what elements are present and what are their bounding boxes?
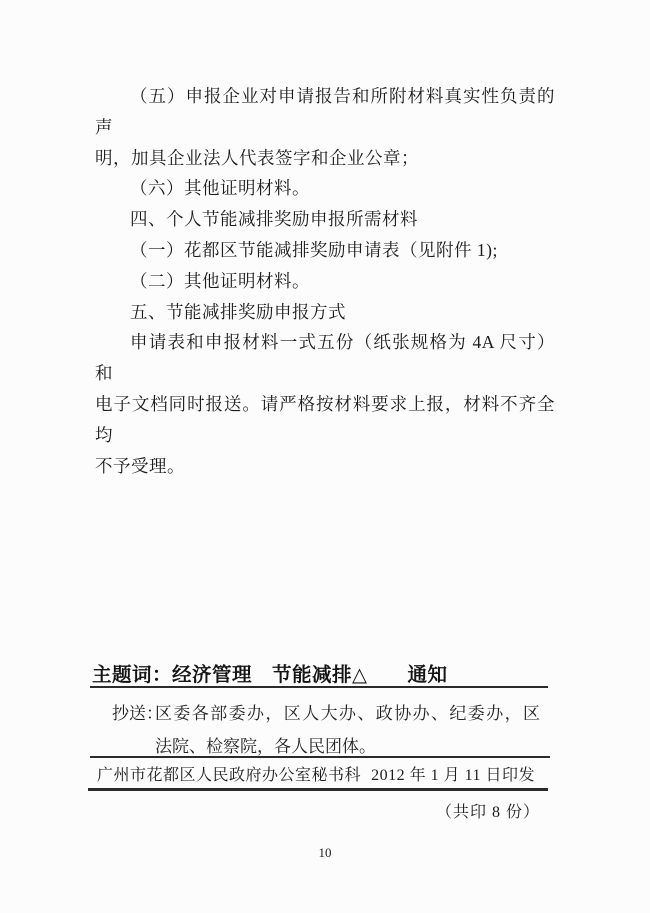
horizontal-rule-top <box>90 686 548 688</box>
copy-to-list: 区委各部委办，区人大办、政协办、纪委办，区 法院、检察院，各人民团体。 <box>155 697 540 763</box>
document-page: （五）申报企业对申请报告和所附材料真实性负责的声 明，加具企业法人代表签字和企业… <box>0 0 650 913</box>
print-date: 2012 年 1 月 11 日印发 <box>371 762 535 785</box>
document-body: （五）申报企业对申请报告和所附材料真实性负责的声 明，加具企业法人代表签字和企业… <box>95 81 555 481</box>
body-line: 申请表和申报材料一式五份（纸张规格为 4A 尺寸）和 <box>95 327 555 389</box>
subject-terms-label: 主题词： <box>92 664 172 686</box>
body-line: 不予受理。 <box>95 451 555 482</box>
issuer-name: 广州市花都区人民政府办公室秘书科 <box>97 762 361 785</box>
body-line: （二）其他证明材料。 <box>95 266 555 297</box>
copies-note: （共印 8 份） <box>436 799 540 822</box>
body-line: （六）其他证明材料。 <box>95 173 555 204</box>
issuer-row: 广州市花都区人民政府办公室秘书科 2012 年 1 月 11 日印发 <box>97 762 535 785</box>
horizontal-rule-bottom <box>88 788 548 791</box>
body-line: （一）花都区节能减排奖励申请表（见附件 1); <box>95 235 555 266</box>
subject-terms-row: 主题词：经济管理 节能减排△ 通知 <box>92 659 562 687</box>
page-number: 10 <box>0 845 650 861</box>
horizontal-rule-middle <box>90 756 550 758</box>
section-heading-4: 四、个人节能减排奖励申报所需材料 <box>95 204 555 235</box>
section-heading-5: 五、节能减排奖励申报方式 <box>95 297 555 328</box>
copy-to-line: 区委各部委办，区人大办、政协办、纪委办，区 <box>155 697 540 730</box>
body-line: （五）申报企业对申请报告和所附材料真实性负责的声 <box>95 81 555 143</box>
body-line: 电子文档同时报送。请严格按材料要求上报，材料不齐全均 <box>95 389 555 451</box>
copy-to-line: 法院、检察院，各人民团体。 <box>155 730 540 763</box>
subject-terms-value: 经济管理 节能减排△ 通知 <box>172 664 448 686</box>
body-line: 明，加具企业法人代表签字和企业公章； <box>95 143 555 174</box>
